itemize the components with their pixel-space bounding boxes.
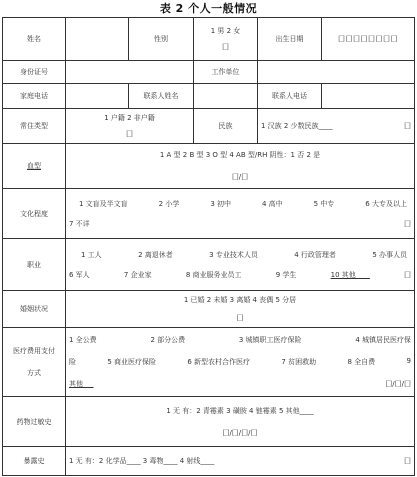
marital-field[interactable]: 1 已婚 2 未婚 3 离婚 4 丧偶 5 分居 囗 xyxy=(66,291,415,328)
blood-checkboxes[interactable]: 囗/囗 xyxy=(69,172,411,182)
payment-option[interactable]: 8 全自费 xyxy=(347,357,375,367)
occupation-option[interactable]: 7 企业家 xyxy=(124,270,152,280)
ethnic-label: 民族 xyxy=(194,109,258,144)
allergy-field[interactable]: 1 无 有：2 青霉素 3 磺胺 4 链霉素 5 其他____ 囗/囗/囗/囗 xyxy=(66,397,415,447)
occupation-option[interactable]: 5 办事人员 xyxy=(372,250,407,260)
birth-date-boxes[interactable]: 囗囗囗囗囗囗囗囗 xyxy=(322,18,415,61)
blood-label: 血型 xyxy=(3,144,66,189)
exposure-field[interactable]: 1 无 有：2 化学品____ 3 毒物____ 4 射线____ 囗 xyxy=(66,447,415,476)
residence-options: 1 户籍 2 非户籍 xyxy=(69,113,190,123)
row-name: 姓名 性别 1 男 2 女 囗 出生日期 囗囗囗囗囗囗囗囗 xyxy=(3,18,415,61)
row-id: 身份证号 工作单位 xyxy=(3,61,415,84)
education-label: 文化程度 xyxy=(3,189,66,239)
sex-checkbox[interactable]: 囗 xyxy=(197,42,254,52)
payment-option[interactable]: 5 商业医疗保险 xyxy=(107,357,156,367)
education-option[interactable]: 3 初中 xyxy=(210,199,231,209)
birth-label: 出生日期 xyxy=(258,18,322,61)
work-unit-field[interactable] xyxy=(258,61,415,84)
payment-field[interactable]: 1 全公费 2 部分公费 3 城镇职工医疗保险 4 城镇居民医疗保 险 5 商业… xyxy=(66,328,415,397)
occupation-option[interactable]: 4 行政管理者 xyxy=(294,250,336,260)
row-residence: 常住类型 1 户籍 2 非户籍 囗 民族 1 汉族 2 少数民族____ 囗 xyxy=(3,109,415,144)
payment-option[interactable]: 险 xyxy=(69,357,76,367)
occupation-option[interactable]: 3 专业技术人员 xyxy=(209,250,258,260)
id-field[interactable] xyxy=(66,61,194,84)
row-phone: 家庭电话 联系人姓名 联系人电话 xyxy=(3,84,415,109)
payment-option[interactable]: 7 贫困救助 xyxy=(281,357,316,367)
allergy-options: 1 无 有：2 青霉素 3 磺胺 4 链霉素 5 其他____ xyxy=(69,406,411,416)
id-label: 身份证号 xyxy=(3,61,66,84)
payment-label-line2: 方式 xyxy=(6,368,62,378)
blood-options: 1 A 型 2 B 型 3 O 型 4 AB 型/RH 阴性：1 否 2 是 xyxy=(69,150,411,160)
payment-option[interactable]: 3 城镇职工医疗保险 xyxy=(239,335,302,345)
education-option[interactable]: 6 大专及以上 xyxy=(365,199,407,209)
education-field[interactable]: 1 文盲及半文盲 2 小学 3 初中 4 高中 5 中专 6 大专及以上 7 不… xyxy=(66,189,415,239)
marital-checkbox[interactable]: 囗 xyxy=(69,313,411,323)
contact-phone-field[interactable] xyxy=(322,84,415,109)
payment-option[interactable]: 其他___ xyxy=(69,379,94,389)
row-allergy: 药物过敏史 1 无 有：2 青霉素 3 磺胺 4 链霉素 5 其他____ 囗/… xyxy=(3,397,415,447)
education-option[interactable]: 1 文盲及半文盲 xyxy=(79,199,128,209)
occupation-option[interactable]: 10 其他____ xyxy=(331,270,370,280)
occupation-option[interactable]: 2 离退休者 xyxy=(138,250,173,260)
table-title: 表 2 个人一般情况 xyxy=(0,0,417,17)
exposure-options: 1 无 有：2 化学品____ 3 毒物____ 4 射线____ xyxy=(69,456,214,466)
sex-options: 1 男 2 女 xyxy=(197,26,254,36)
payment-option[interactable]: 2 部分公费 xyxy=(150,335,185,345)
occupation-option[interactable]: 1 工人 xyxy=(81,250,102,260)
work-unit-label: 工作单位 xyxy=(194,61,258,84)
sex-field[interactable]: 1 男 2 女 囗 xyxy=(194,18,258,61)
marital-label: 婚姻状况 xyxy=(3,291,66,328)
sex-label: 性别 xyxy=(129,18,194,61)
occupation-field[interactable]: 1 工人 2 离退休者 3 专业技术人员 4 行政管理者 5 办事人员 6 军人… xyxy=(66,239,415,291)
education-option[interactable]: 7 不详 xyxy=(69,219,90,229)
payment-label-line1: 医疗费用支付 xyxy=(6,346,62,356)
name-field[interactable] xyxy=(66,18,129,61)
education-checkbox[interactable]: 囗 xyxy=(404,219,411,229)
home-phone-label: 家庭电话 xyxy=(3,84,66,109)
payment-checkboxes[interactable]: 囗/囗/囗 xyxy=(385,379,411,389)
education-option[interactable]: 4 高中 xyxy=(262,199,283,209)
row-blood: 血型 1 A 型 2 B 型 3 O 型 4 AB 型/RH 阴性：1 否 2 … xyxy=(3,144,415,189)
row-payment: 医疗费用支付 方式 1 全公费 2 部分公费 3 城镇职工医疗保险 4 城镇居民… xyxy=(3,328,415,397)
residence-checkbox[interactable]: 囗 xyxy=(69,129,190,139)
residence-field[interactable]: 1 户籍 2 非户籍 囗 xyxy=(66,109,194,144)
ethnic-options: 1 汉族 2 少数民族____ xyxy=(261,121,333,131)
contact-phone-label: 联系人电话 xyxy=(258,84,322,109)
blood-field[interactable]: 1 A 型 2 B 型 3 O 型 4 AB 型/RH 阴性：1 否 2 是 囗… xyxy=(66,144,415,189)
allergy-label: 药物过敏史 xyxy=(3,397,66,447)
payment-option[interactable]: 6 新型农村合作医疗 xyxy=(187,357,250,367)
exposure-label: 暴露史 xyxy=(3,447,66,476)
row-exposure: 暴露史 1 无 有：2 化学品____ 3 毒物____ 4 射线____ 囗 xyxy=(3,447,415,476)
marital-options: 1 已婚 2 未婚 3 离婚 4 丧偶 5 分居 xyxy=(69,295,411,305)
payment-option[interactable]: 4 城镇居民医疗保 xyxy=(355,335,411,345)
personal-info-table: 姓名 性别 1 男 2 女 囗 出生日期 囗囗囗囗囗囗囗囗 身份证号 工作单位 … xyxy=(2,17,415,476)
ethnic-checkbox[interactable]: 囗 xyxy=(404,121,411,131)
payment-option[interactable]: 1 全公费 xyxy=(69,335,97,345)
home-phone-field[interactable] xyxy=(66,84,129,109)
education-option[interactable]: 2 小学 xyxy=(159,199,180,209)
occupation-option[interactable]: 6 军人 xyxy=(69,270,90,280)
name-label: 姓名 xyxy=(3,18,66,61)
exposure-checkbox[interactable]: 囗 xyxy=(404,456,411,466)
residence-label: 常住类型 xyxy=(3,109,66,144)
row-marital: 婚姻状况 1 已婚 2 未婚 3 离婚 4 丧偶 5 分居 囗 xyxy=(3,291,415,328)
row-occupation: 职业 1 工人 2 离退休者 3 专业技术人员 4 行政管理者 5 办事人员 6… xyxy=(3,239,415,291)
row-education: 文化程度 1 文盲及半文盲 2 小学 3 初中 4 高中 5 中专 6 大专及以… xyxy=(3,189,415,239)
allergy-checkboxes[interactable]: 囗/囗/囗/囗 xyxy=(69,428,411,438)
contact-name-field[interactable] xyxy=(194,84,258,109)
occupation-option[interactable]: 8 商业服务业员工 xyxy=(186,270,242,280)
payment-option[interactable]: 9 xyxy=(406,357,410,367)
payment-label: 医疗费用支付 方式 xyxy=(3,328,66,397)
occupation-checkbox[interactable]: 囗 xyxy=(404,270,411,280)
ethnic-field[interactable]: 1 汉族 2 少数民族____ 囗 xyxy=(258,109,415,144)
contact-name-label: 联系人姓名 xyxy=(129,84,194,109)
occupation-option[interactable]: 9 学生 xyxy=(276,270,297,280)
occupation-label: 职业 xyxy=(3,239,66,291)
education-option[interactable]: 5 中专 xyxy=(314,199,335,209)
